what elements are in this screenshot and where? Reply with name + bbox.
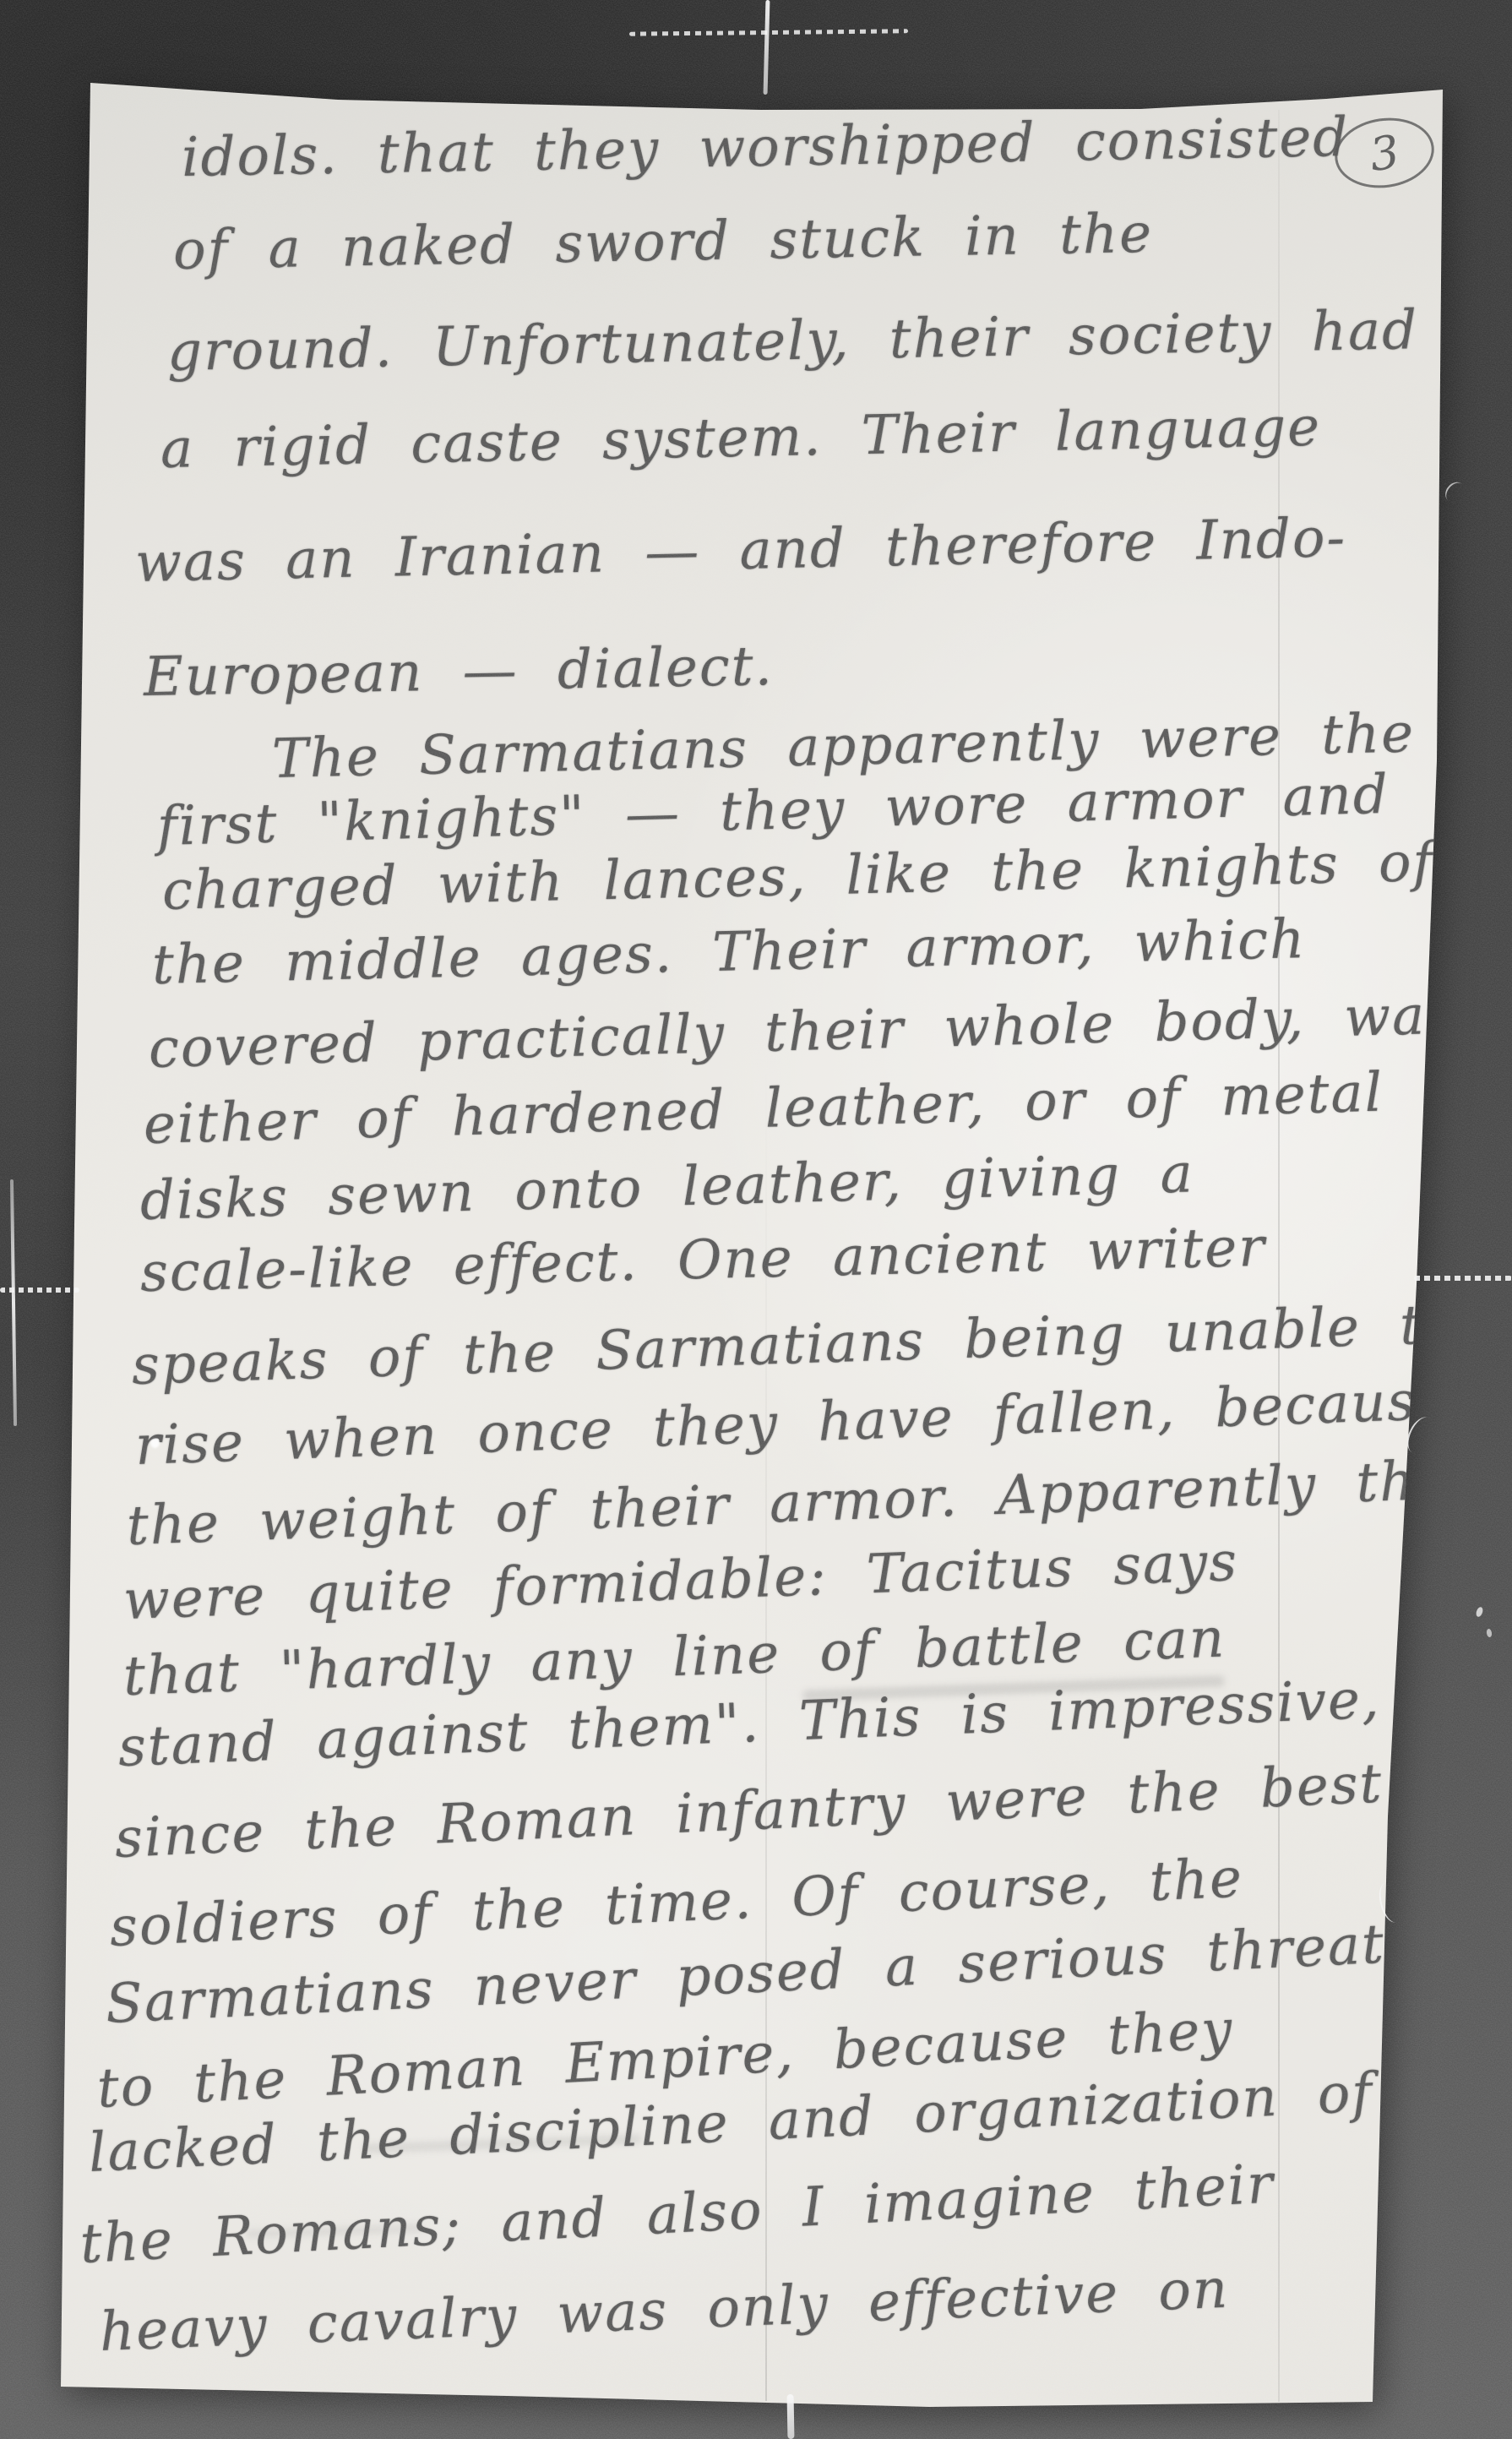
handwritten-line: ground. Unfortunately, their society had: [166, 299, 1418, 384]
handwritten-line: of a naked sword stuck in the: [172, 203, 1153, 282]
paper-shadow-wrap: idols. that they worshipped consisted of…: [0, 0, 1512, 2439]
photo-stage: idols. that they worshipped consisted of…: [0, 0, 1512, 2439]
handwritten-line: scale-like effect. One ancient writer: [139, 1217, 1266, 1304]
handwritten-line: idols. that they worshipped consisted: [181, 106, 1349, 189]
page-number: 3: [1367, 124, 1403, 181]
handwritten-line: heavy cavalry was only effective on: [99, 2258, 1231, 2364]
handwritten-line: disks sewn onto leather, giving a: [139, 1142, 1194, 1233]
handwritten-line: the middle ages. Their armor, which: [151, 908, 1307, 997]
paper-page: idols. that they worshipped consisted of…: [0, 0, 1512, 2439]
handwritten-line: European — dialect.: [143, 635, 774, 709]
handwritten-line: a rigid caste system. Their language: [160, 396, 1321, 481]
handwritten-line: was an Iranian — and therefore Indo-: [134, 507, 1346, 595]
